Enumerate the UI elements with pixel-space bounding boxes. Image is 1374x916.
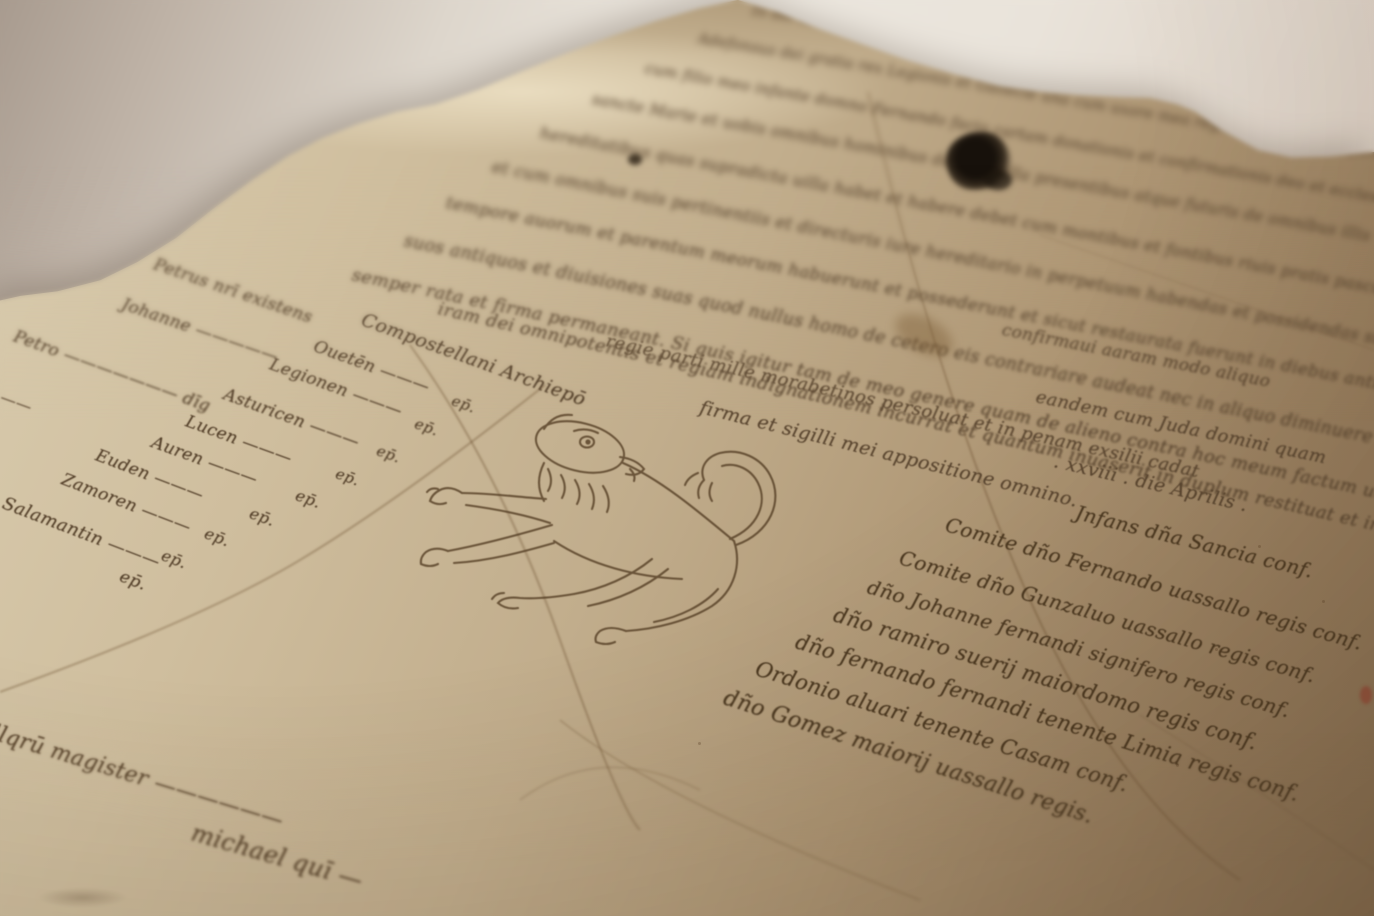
parchment-sheet: In dei nomine amen. Notum sit omnibus ho…	[0, 0, 1374, 916]
parchment-shadow-wrap: In dei nomine amen. Notum sit omnibus ho…	[0, 0, 1374, 916]
parchment-speck	[1215, 648, 1218, 651]
red-edge-mark	[1360, 686, 1372, 704]
parchment-speck	[1322, 600, 1325, 603]
parchment-speck	[698, 742, 701, 745]
ep-abbreviation-7: ep̄.	[202, 526, 232, 550]
small-ink-blot	[628, 154, 642, 165]
parchment-speck	[1262, 708, 1265, 711]
ep-abbreviation-3: ep̄.	[374, 443, 402, 465]
ep-abbreviation-1: ep̄.	[449, 393, 477, 415]
ep-abbreviation-5: ep̄.	[293, 487, 323, 511]
parchment-speck	[1258, 545, 1261, 548]
parchment-speck	[1176, 764, 1179, 767]
script-layer: In dei nomine amen. Notum sit omnibus ho…	[0, 0, 1374, 916]
ep-abbreviation-4: ep̄.	[333, 466, 361, 488]
edge-fragment: ņ ——	[0, 383, 34, 415]
bottom-line-magister: llqrū magister ——————	[0, 722, 286, 832]
bishop-line-petro: Petro ——————— dīg	[11, 329, 212, 416]
ep-abbreviation-9: ep̄.	[117, 569, 149, 595]
ep-abbreviation-8: ep̄.	[159, 548, 189, 572]
ink-blot-tail	[984, 170, 1012, 190]
photo-of-parchment-charter: In dei nomine amen. Notum sit omnibus ho…	[0, 0, 1374, 916]
ep-abbreviation-6: ep̄.	[247, 505, 277, 529]
ep-abbreviation-2: ep̄.	[412, 416, 440, 438]
